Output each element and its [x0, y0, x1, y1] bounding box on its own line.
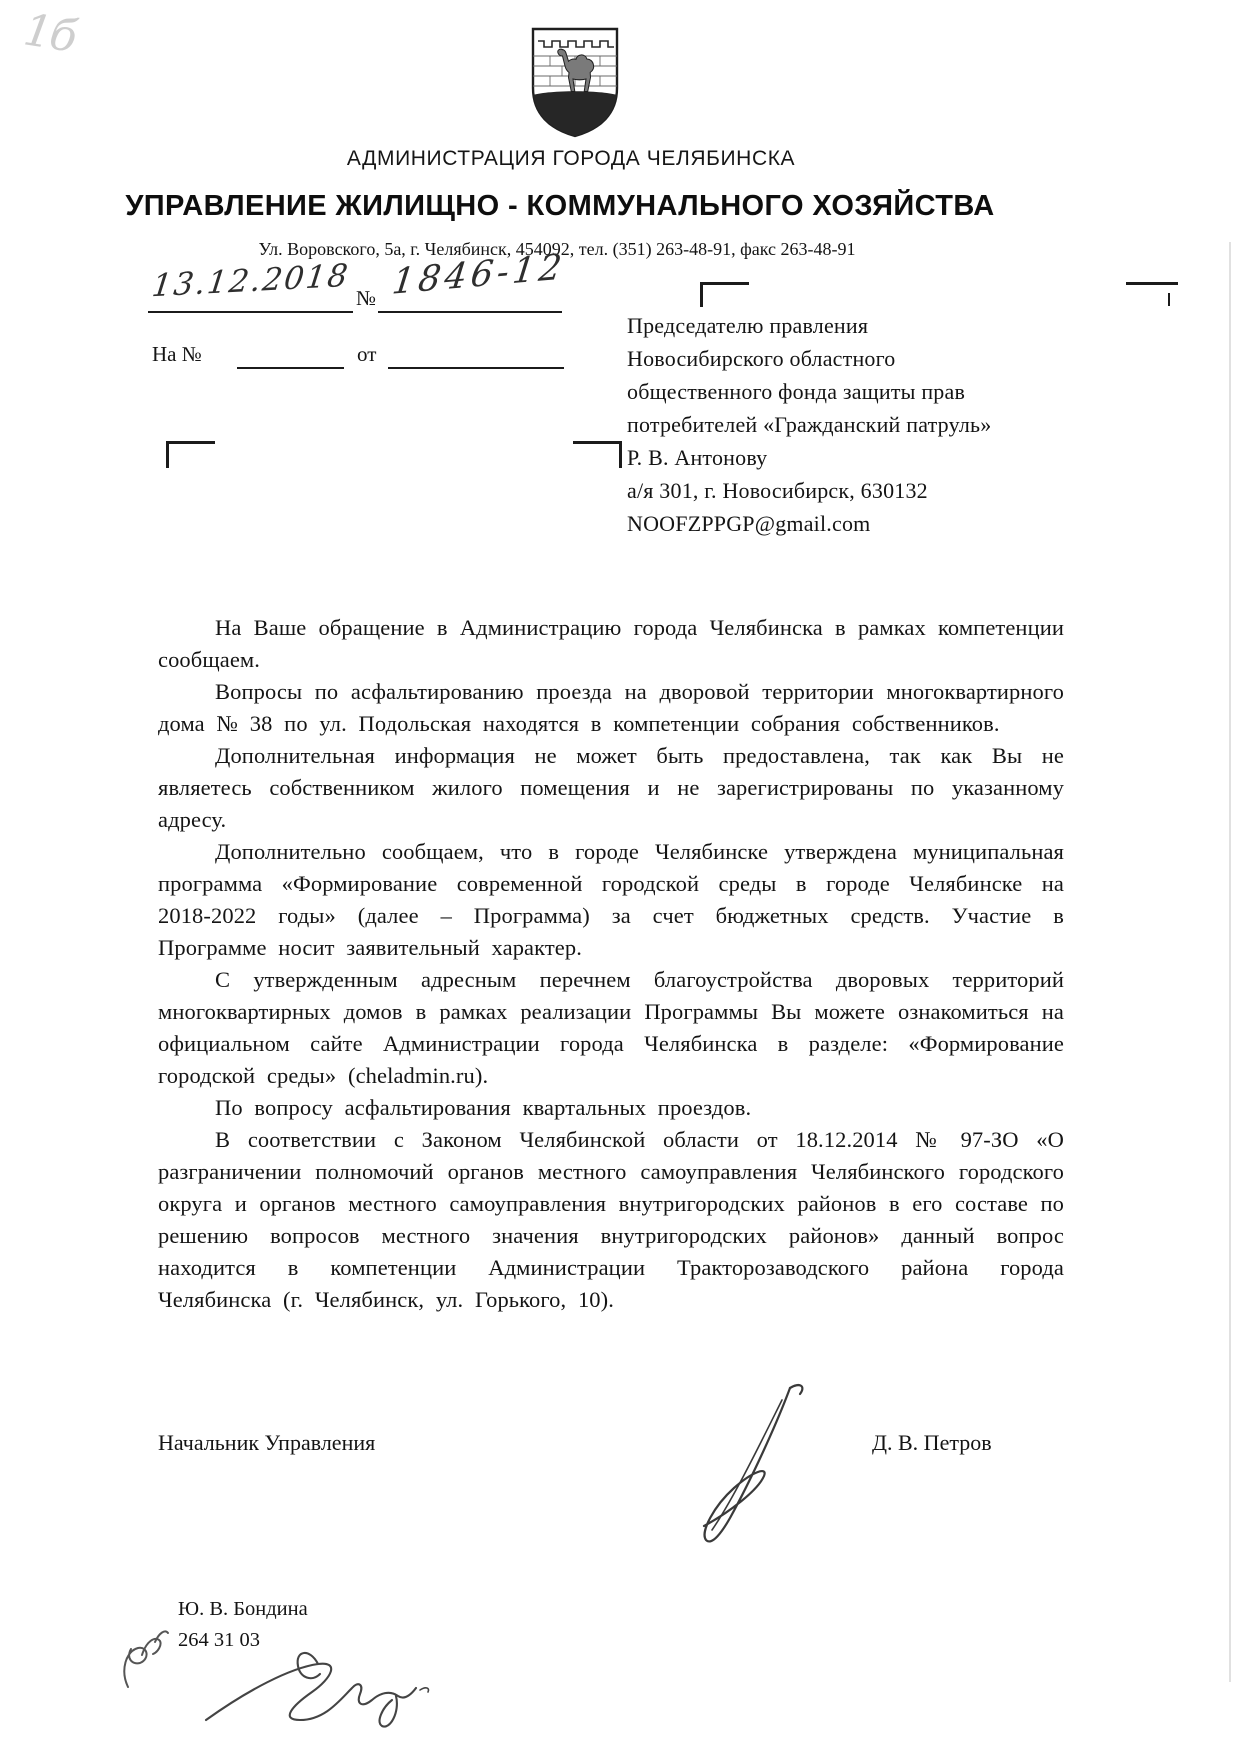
- address-window-mark-top-left-h: [700, 282, 749, 285]
- address-window-mark-bottom-left-h: [166, 441, 215, 444]
- recipient-line: Председателю правления: [627, 309, 1097, 342]
- reply-to-number-label: На №: [152, 342, 202, 367]
- reply-date-underline: [388, 367, 564, 369]
- signer-name: Д. В. Петров: [872, 1430, 992, 1456]
- body-paragraph: С утвержденным адресным перечнем благоус…: [158, 964, 1064, 1092]
- org-parent-name: АДМИНИСТРАЦИЯ ГОРОДА ЧЕЛЯБИНСКА: [74, 147, 1068, 171]
- address-window-mark-top-left-v: [700, 282, 703, 307]
- body-paragraph: По вопросу асфальтирования квартальных п…: [158, 1092, 1064, 1124]
- address-window-mark-top-right-v: [1168, 293, 1170, 306]
- recipient-line: Р. В. Антонову: [627, 441, 1097, 474]
- recipient-email: NOOFZPPGP@gmail.com: [627, 507, 1097, 540]
- petrov-signature-stroke: [650, 1378, 815, 1573]
- body-paragraph: В соответствии с Законом Челябинской обл…: [158, 1124, 1064, 1316]
- executor-signature-stroke: [198, 1638, 443, 1743]
- number-sign: №: [356, 286, 376, 311]
- reply-from-label: от: [357, 342, 376, 367]
- signer-position-title: Начальник Управления: [158, 1430, 375, 1456]
- scan-artifact-line: [1229, 242, 1231, 1682]
- camel-crest-icon: [530, 26, 620, 138]
- recipient-block: Председателю правления Новосибирского об…: [627, 309, 1097, 540]
- body-paragraph: Дополнительно сообщаем, что в городе Чел…: [158, 836, 1064, 964]
- address-window-mark-top-right-h: [1126, 282, 1178, 285]
- recipient-line: Новосибирского областного: [627, 342, 1097, 375]
- number-underline: [378, 311, 562, 313]
- body-paragraph: Вопросы по асфальтированию проезда на дв…: [158, 676, 1064, 740]
- address-window-mark-bottom-right-v: [619, 441, 622, 468]
- recipient-line: общественного фонда защиты прав: [627, 375, 1097, 408]
- recipient-line: потребителей «Гражданский патруль»: [627, 408, 1097, 441]
- body-paragraph: Дополнительная информация не может быть …: [158, 740, 1064, 836]
- address-window-mark-bottom-right-h: [573, 441, 622, 444]
- letter-page: 1б АДМИНИСТРАЦИЯ ГОРОДА ЧЕЛЯБИНСКА УПРАВ…: [0, 0, 1248, 1759]
- executor-name: Ю. В. Бондина: [178, 1594, 308, 1625]
- address-window-mark-bottom-left-v: [166, 441, 169, 468]
- body-paragraph: На Ваше обращение в Администрацию города…: [158, 612, 1064, 676]
- reply-number-underline: [237, 367, 344, 369]
- handwritten-date: 13.12.2018: [150, 258, 352, 305]
- org-name: УПРАВЛЕНИЕ ЖИЛИЩНО - КОММУНАЛЬНОГО ХОЗЯЙ…: [0, 190, 1120, 223]
- date-underline: [148, 311, 353, 313]
- pencil-initials-mark: [110, 1615, 172, 1695]
- letter-body: На Ваше обращение в Администрацию города…: [158, 612, 1064, 1316]
- handwritten-page-note: 1б: [20, 4, 78, 62]
- recipient-line: а/я 301, г. Новосибирск, 630132: [627, 474, 1097, 507]
